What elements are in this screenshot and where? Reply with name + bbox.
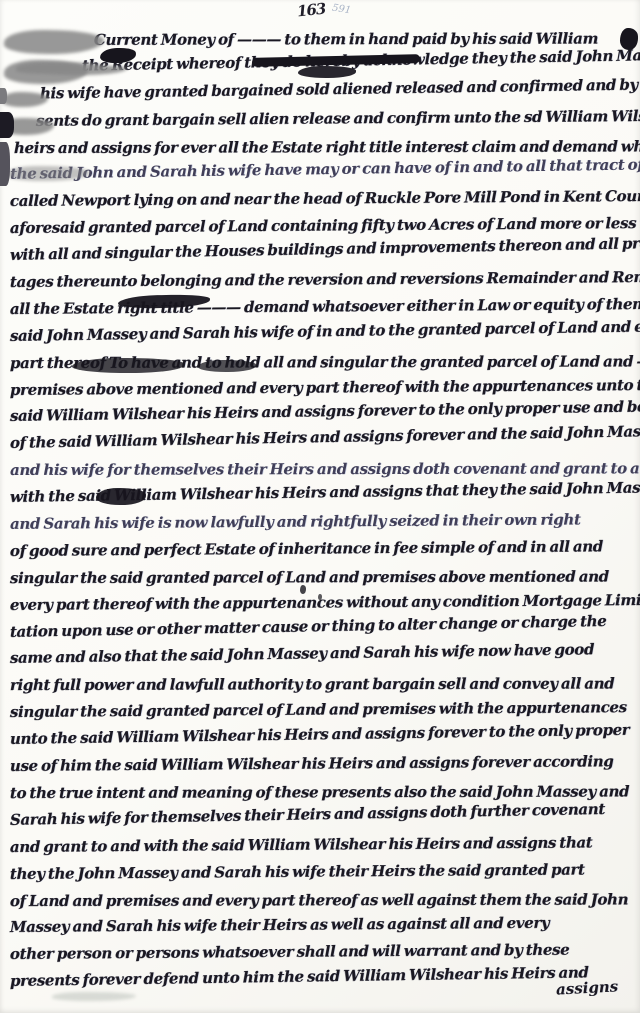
manuscript-line: use of him the said William Wilshear his… bbox=[0, 748, 640, 780]
manuscript-page-scan: 163 591 Current Money of ——— to them in … bbox=[0, 0, 640, 1013]
manuscript-text-block: Current Money of ——— to them in hand pai… bbox=[0, 27, 640, 995]
manuscript-line: they the John Massey and Sarah his wife … bbox=[0, 856, 640, 888]
catchword: assigns bbox=[556, 977, 619, 998]
scan-edge-mark bbox=[0, 112, 14, 138]
ink-speck bbox=[318, 594, 322, 600]
ink-blot bbox=[72, 358, 184, 373]
faded-ink-smudge bbox=[52, 992, 136, 1001]
ink-blot bbox=[198, 360, 256, 372]
ink-blot bbox=[96, 488, 146, 505]
ink-blot bbox=[620, 28, 638, 50]
ink-speck bbox=[300, 585, 306, 594]
page-number: 163 bbox=[296, 0, 326, 20]
secondary-page-number: 591 bbox=[331, 3, 352, 17]
manuscript-line: of good sure and perfect Estate of inher… bbox=[0, 533, 640, 565]
ink-blot bbox=[298, 66, 356, 78]
scan-edge-mark bbox=[0, 88, 7, 104]
scan-edge-mark bbox=[0, 142, 10, 186]
manuscript-line: sents do grant bargain sell alien releas… bbox=[0, 103, 640, 135]
